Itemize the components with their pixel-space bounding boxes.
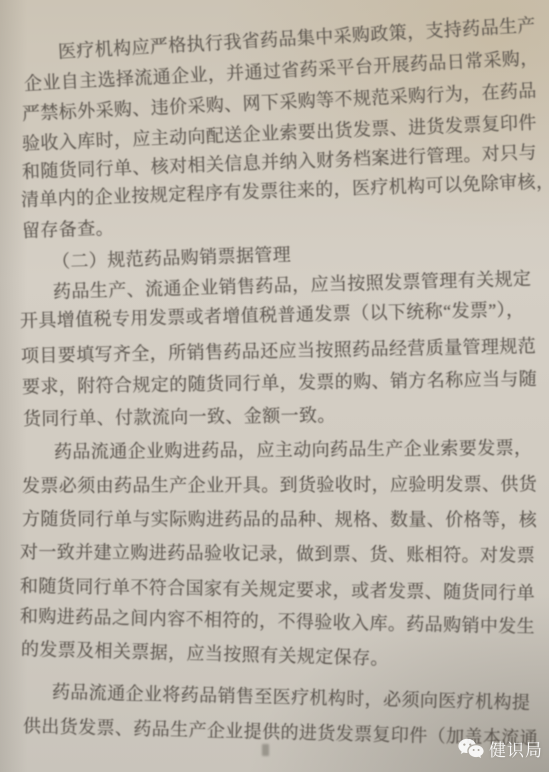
watermark-label: 健识局: [489, 736, 543, 761]
watermark-badge: 健识局: [457, 736, 543, 761]
document-line: 要求，附符合规定的随货同行单，发票的购、销方名称应当与随: [22, 365, 538, 399]
document-line: 和购进药品之间内容不相符的，不得验收入库。药品购销中发生: [20, 602, 536, 639]
document-photo: 医疗机构应严格执行我省药品集中采购政策，支持药品生产 企业自主选择流通企业，并通…: [0, 0, 549, 772]
document-line: 和随货同行单不符合国家有关规定要求，或者发票、随货同行单: [20, 572, 536, 605]
document-line: 对一致并建立购进药品验收记录，做到票、货、账相符。对发票: [20, 538, 535, 568]
wechat-icon: [457, 737, 485, 760]
document-line: 货同行单、付款流向一致、金额一致。: [23, 401, 336, 431]
document-line: 药品流通企业购进药品，应主动向药品生产企业索要发票，: [54, 434, 533, 464]
document-line: （二）规范药品购销票据管理: [52, 240, 292, 274]
document-line: 药品流通企业将药品销售至医疗机构时，必须向医疗机构提: [52, 678, 531, 715]
document-line: 的发票及相关票据，应当按照有关规定保存。: [21, 635, 390, 671]
page-number-mark: [262, 744, 269, 756]
document-line: 方随货同行单与实际购进药品的品种、规格、数量、价格等，核: [22, 505, 537, 532]
document-line: 项目要填写齐全，所销售药品还应当按照药品经营质量管理规范: [21, 332, 537, 368]
document-line: 留存备查。: [22, 214, 115, 243]
document-line: 发票必须由药品生产企业开具。到货验收时，应验明发票、供货: [22, 470, 537, 498]
